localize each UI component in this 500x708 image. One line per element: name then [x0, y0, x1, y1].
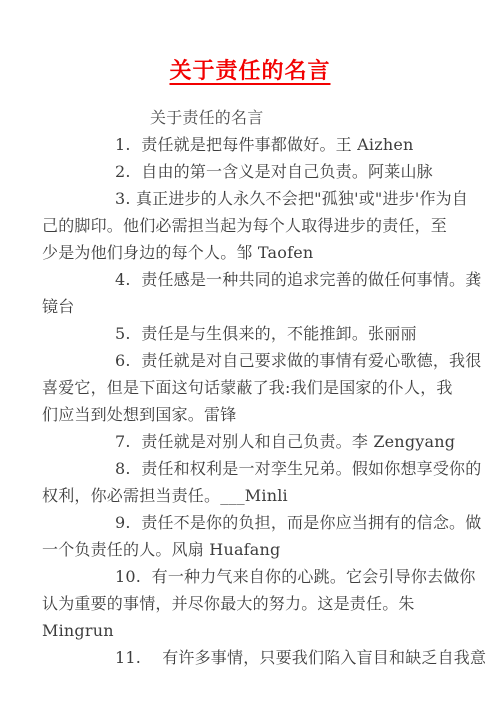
text-line: 9. 责任不是你的负担，而是你应当拥有的信念。做 — [42, 509, 472, 536]
text-line: 镜台 — [42, 293, 472, 320]
text-line: Mingrun — [42, 617, 472, 644]
text-line: 一个负责任的人。风扇 Huafang — [42, 536, 472, 563]
text-line: 2. 自由的第一含义是对自己负责。阿莱山脉 — [42, 158, 472, 185]
text-line: 1. 责任就是把每件事都做好。王 Aizhen — [42, 131, 472, 158]
title-row: 关于责任的名言 — [0, 58, 500, 86]
text-line: 7. 责任就是对别人和自己负责。李 Zengyang — [42, 428, 472, 455]
text-line: 11. 有许多事情，只要我们陷入盲目和缺乏自我意 — [42, 644, 472, 671]
document-body: 关于责任的名言1. 责任就是把每件事都做好。王 Aizhen2. 自由的第一含义… — [42, 104, 472, 671]
text-line: 少是为他们身边的每个人。邹 Taofen — [42, 239, 472, 266]
text-line: 6. 责任就是对自己要求做的事情有爱心歌德，我很 — [42, 347, 472, 374]
document-page: 关于责任的名言 关于责任的名言1. 责任就是把每件事都做好。王 Aizhen2.… — [0, 0, 500, 708]
text-line: 5. 责任是与生俱来的，不能推卸。张丽丽 — [42, 320, 472, 347]
text-line: 关于责任的名言 — [42, 104, 472, 131]
text-line: 权利，你必需担当责任。___Minli — [42, 482, 472, 509]
text-line: 3. 真正进步的人永久不会把"孤独'或"进步'作为自 — [42, 185, 472, 212]
text-line: 认为重要的事情，并尽你最大的努力。这是责任。朱 — [42, 590, 472, 617]
text-line: 们应当到处想到国家。雷锋 — [42, 401, 472, 428]
document-title: 关于责任的名言 — [169, 58, 330, 86]
text-line: 己的脚印。他们必需担当起为每个人取得进步的责任，至 — [42, 212, 472, 239]
text-line: 4. 责任感是一种共同的追求完善的做任何事情。龚 — [42, 266, 472, 293]
text-line: 10. 有一种力气来自你的心跳。它会引导你去做你 — [42, 563, 472, 590]
text-line: 8. 责任和权利是一对孪生兄弟。假如你想享受你的 — [42, 455, 472, 482]
text-line: 喜爱它，但是下面这句话蒙蔽了我:我们是国家的仆人，我 — [42, 374, 472, 401]
